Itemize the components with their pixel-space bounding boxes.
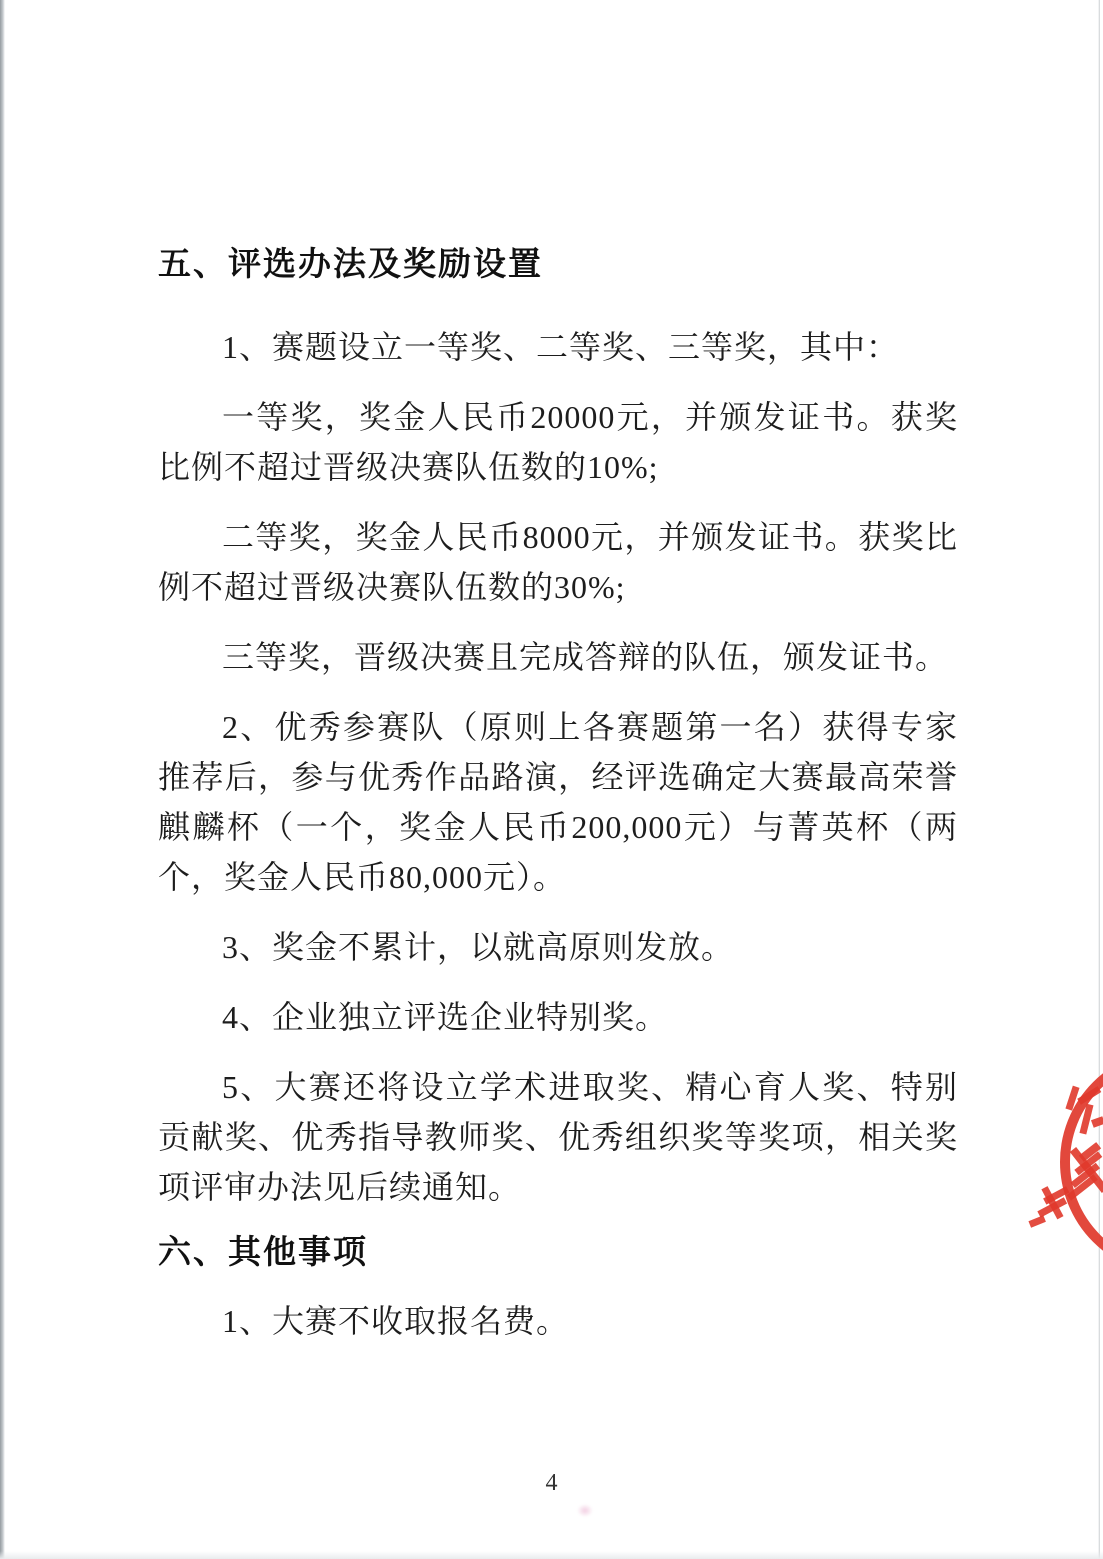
paragraph-first-prize: 一等奖，奖金人民币20000元，并颁发证书。获奖比例不超过晋级决赛队伍数的10%…: [158, 392, 958, 492]
section-heading-awards: 五、评选办法及奖励设置: [158, 244, 958, 284]
document-page: 五、评选办法及奖励设置 1、赛题设立一等奖、二等奖、三等奖，其中： 一等奖，奖金…: [0, 0, 1103, 1559]
section-heading-other-matters: 六、其他事项: [158, 1232, 958, 1272]
paragraph-prize-tiers-intro: 1、赛题设立一等奖、二等奖、三等奖，其中：: [158, 322, 958, 372]
paragraph-top-honors: 2、优秀参赛队（原则上各赛题第一名）获得专家推荐后，参与优秀作品路演，经评选确定…: [158, 702, 958, 902]
scan-edge-right: [1098, 0, 1100, 1559]
seal-character-strokes: [1028, 1086, 1103, 1228]
document-body: 五、评选办法及奖励设置 1、赛题设立一等奖、二等奖、三等奖，其中： 一等奖，奖金…: [158, 244, 958, 1366]
paragraph-third-prize: 三等奖，晋级决赛且完成答辩的队伍，颁发证书。: [158, 632, 958, 682]
ink-smudge: [577, 1504, 593, 1517]
paragraph-no-cumulative-prize: 3、奖金不累计，以就高原则发放。: [158, 922, 958, 972]
paragraph-other-awards: 5、大赛还将设立学术进取奖、精心育人奖、特别贡献奖、优秀指导教师奖、优秀组织奖等…: [158, 1062, 958, 1212]
page-number: 4: [0, 1470, 1103, 1497]
red-seal-stamp: [1023, 1040, 1103, 1290]
scan-edge-left: [0, 0, 5, 1559]
paragraph-no-entry-fee: 1、大赛不收取报名费。: [158, 1296, 958, 1346]
scan-edge-bottom: [0, 1551, 1103, 1559]
paragraph-second-prize: 二等奖，奖金人民币8000元，并颁发证书。获奖比例不超过晋级决赛队伍数的30%;: [158, 512, 958, 612]
paragraph-enterprise-award: 4、企业独立评选企业特别奖。: [158, 992, 958, 1042]
